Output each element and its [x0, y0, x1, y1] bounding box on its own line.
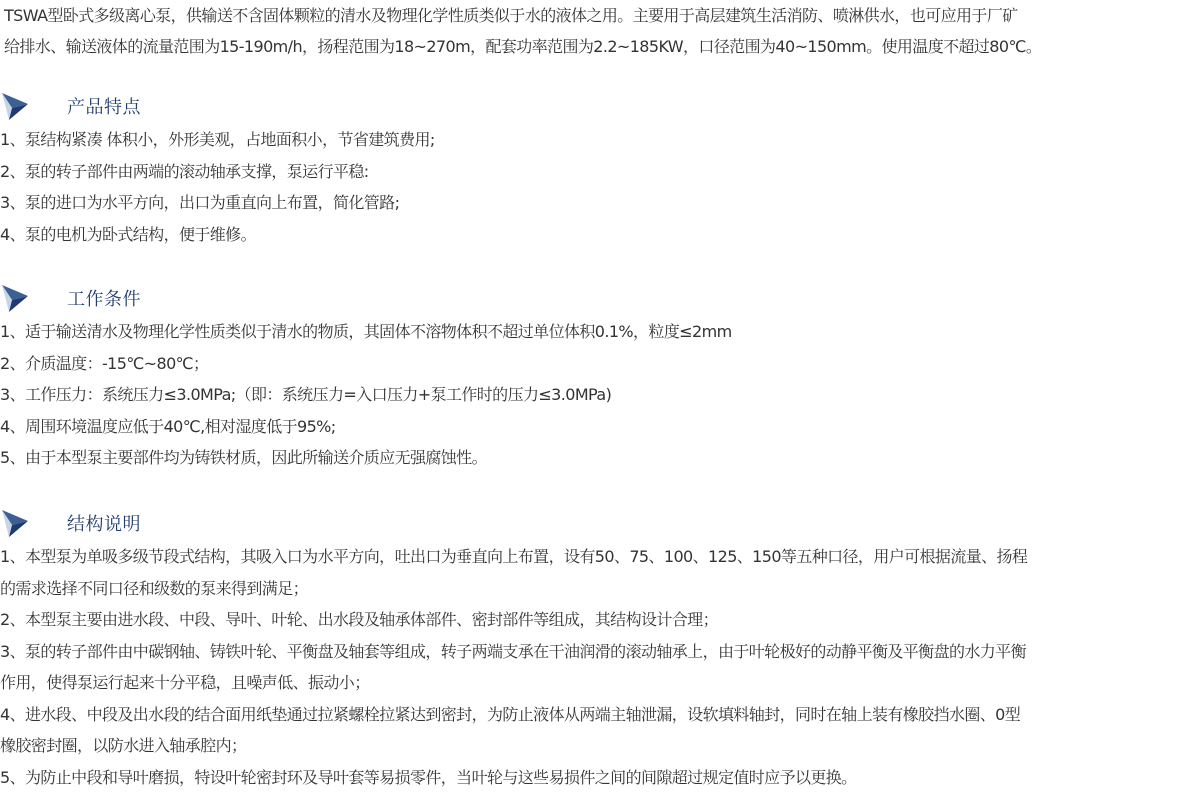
list-item: 2、介质温度：-15℃~80℃； [0, 348, 1200, 380]
list-item: 4、进水段、中段及出水段的结合面用纸垫通过拉紧螺栓拉紧达到密封，为防止液体从两端… [0, 699, 1200, 762]
list-item: 2、本型泵主要由进水段、中段、导叶、叶轮、出水段及轴承体部件、密封部件等组成，其… [0, 604, 1200, 636]
list-item-line: 5、为防止中段和导叶磨损，特设叶轮密封环及导叶套等易损零件，当叶轮与这些易损件之… [0, 762, 1200, 794]
intro-line: TSWA型卧式多级离心泵，供输送不含固体颗粒的清水及物理化学性质类似于水的液体之… [4, 0, 1200, 31]
section-title: 结构说明 [67, 510, 141, 536]
list-item: 4、泵的电机为卧式结构，便于维修。 [0, 219, 1200, 251]
list-item: 1、本型泵为单吸多级节段式结构，其吸入口为水平方向，吐出口为垂直向上布置，设有5… [0, 541, 1200, 604]
list-item-line: 2、本型泵主要由进水段、中段、导叶、叶轮、出水段及轴承体部件、密封部件等组成，其… [0, 604, 1200, 636]
list-item-line: 4、进水段、中段及出水段的结合面用纸垫通过拉紧螺栓拉紧达到密封，为防止液体从两端… [0, 699, 1200, 731]
section-title: 产品特点 [67, 93, 141, 119]
list-item: 5、由于本型泵主要部件均为铸铁材质，因此所输送介质应无强腐蚀性。 [0, 442, 1200, 474]
list-item-line: 的需求选择不同口径和级数的泵来得到满足； [0, 573, 1200, 605]
list-item: 1、泵结构紧凑 体积小，外形美观，占地面积小，节省建筑费用; [0, 124, 1200, 156]
triangle-arrow-icon [0, 508, 30, 538]
structure-list: 1、本型泵为单吸多级节段式结构，其吸入口为水平方向，吐出口为垂直向上布置，设有5… [0, 541, 1200, 793]
section-heading-conditions: 工作条件 [0, 281, 141, 315]
features-list: 1、泵结构紧凑 体积小，外形美观，占地面积小，节省建筑费用; 2、泵的转子部件由… [0, 124, 1200, 250]
list-item: 4、周围环境温度应低于40℃,相对湿度低于95%; [0, 411, 1200, 443]
triangle-arrow-icon [0, 91, 30, 121]
list-item-line: 作用，使得泵运行起来十分平稳，且噪声低、振动小； [0, 667, 1200, 699]
list-item: 1、适于输送清水及物理化学性质类似于清水的物质，其固体不溶物体积不超过单位体积0… [0, 316, 1200, 348]
list-item: 3、泵的转子部件由中碳钢轴、铸铁叶轮、平衡盘及轴套等组成，转子两端支承在干油润滑… [0, 636, 1200, 699]
section-heading-features: 产品特点 [0, 89, 141, 123]
triangle-arrow-icon [0, 283, 30, 313]
list-item-line: 1、本型泵为单吸多级节段式结构，其吸入口为水平方向，吐出口为垂直向上布置，设有5… [0, 541, 1200, 573]
list-item: 5、为防止中段和导叶磨损，特设叶轮密封环及导叶套等易损零件，当叶轮与这些易损件之… [0, 762, 1200, 794]
section-heading-structure: 结构说明 [0, 506, 141, 540]
section-title: 工作条件 [67, 285, 141, 311]
intro-paragraph: TSWA型卧式多级离心泵，供输送不含固体颗粒的清水及物理化学性质类似于水的液体之… [0, 0, 1200, 62]
list-item: 3、工作压力：系统压力≤3.0MPa;（即：系统压力=入口压力+泵工作时的压力≤… [0, 379, 1200, 411]
product-description-page: TSWA型卧式多级离心泵，供输送不含固体颗粒的清水及物理化学性质类似于水的液体之… [0, 0, 1200, 800]
list-item-line: 橡胶密封圈，以防水进入轴承腔内； [0, 730, 1200, 762]
list-item: 3、泵的进口为水平方向，出口为重直向上布置，简化管路; [0, 187, 1200, 219]
intro-line: 给排水、输送液体的流量范围为15-190m/h，扬程范围为18~270m，配套功… [4, 31, 1200, 62]
conditions-list: 1、适于输送清水及物理化学性质类似于清水的物质，其固体不溶物体积不超过单位体积0… [0, 316, 1200, 474]
list-item-line: 3、泵的转子部件由中碳钢轴、铸铁叶轮、平衡盘及轴套等组成，转子两端支承在干油润滑… [0, 636, 1200, 668]
list-item: 2、泵的转子部件由两端的滚动轴承支撑，泵运行平稳: [0, 156, 1200, 188]
